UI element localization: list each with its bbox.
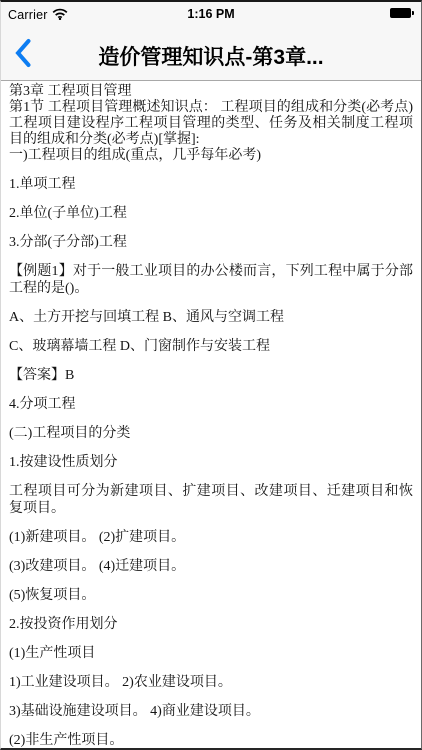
paragraph-list: 1.单项工程2.单位(子单位)工程3.分部(子分部)工程【例题1】对于一般工业项… (9, 176, 413, 748)
back-button[interactable] (7, 38, 37, 72)
content-paragraph: 3)基础设施建设项目。 4)商业建设项目。 (9, 703, 413, 720)
status-bar: Carrier 1:16 PM (1, 2, 421, 28)
content-scroll[interactable]: 第3章 工程项目管理第1节 工程项目管理概述知识点： 工程项目的组成和分类(必考… (1, 81, 421, 748)
content-paragraph: 2.单位(子单位)工程 (9, 205, 413, 222)
content-paragraph: (1)新建项目。 (2)扩建项目。 (9, 529, 413, 546)
content-paragraph: 1.单项工程 (9, 176, 413, 193)
top-chrome: Carrier 1:16 PM (1, 2, 421, 81)
time-label: 1:16 PM (1, 7, 421, 21)
battery-icon (390, 8, 411, 18)
content-paragraph: 2.按投资作用划分 (9, 616, 413, 633)
intro-paragraph: 一)工程项目的组成(重点，几乎每年必考) (9, 148, 413, 164)
content-paragraph: 3.分部(子分部)工程 (9, 234, 413, 251)
content-paragraph: A、土方开挖与回填工程 B、通风与空调工程 (9, 309, 413, 326)
content-paragraph: 工程项目可分为新建项目、扩建项目、改建项目、迁建项目和恢复项目。 (9, 483, 413, 517)
content-paragraph: (二)工程项目的分类 (9, 425, 413, 442)
nav-bar: 造价管理知识点-第3章... (1, 28, 421, 80)
intro-block: 第3章 工程项目管理第1节 工程项目管理概述知识点： 工程项目的组成和分类(必考… (9, 84, 413, 164)
content-paragraph: 1)工业建设项目。 2)农业建设项目。 (9, 674, 413, 691)
content-paragraph: (3)改建项目。 (4)迁建项目。 (9, 558, 413, 575)
chevron-left-icon (14, 38, 31, 73)
content-paragraph: 【例题1】对于一般工业项目的办公楼而言，下列工程中属于分部工程的是()。 (9, 263, 413, 297)
content-paragraph: (5)恢复项目。 (9, 587, 413, 604)
intro-paragraph: 第1节 工程项目管理概述知识点： 工程项目的组成和分类(必考点)工程项目建设程序… (9, 100, 413, 148)
intro-paragraph: 第3章 工程项目管理 (9, 84, 413, 100)
content-paragraph: (1)生产性项目 (9, 645, 413, 662)
content-paragraph: 【答案】B (9, 367, 413, 384)
app-screen: Carrier 1:16 PM (0, 0, 422, 750)
content-paragraph: C、玻璃幕墙工程 D、门窗制作与安装工程 (9, 338, 413, 355)
content-paragraph: (2)非生产性项目。 (9, 732, 413, 748)
content-paragraph: 1.按建设性质划分 (9, 454, 413, 471)
nav-title: 造价管理知识点-第3章... (47, 41, 375, 71)
content-paragraph: 4.分项工程 (9, 396, 413, 413)
